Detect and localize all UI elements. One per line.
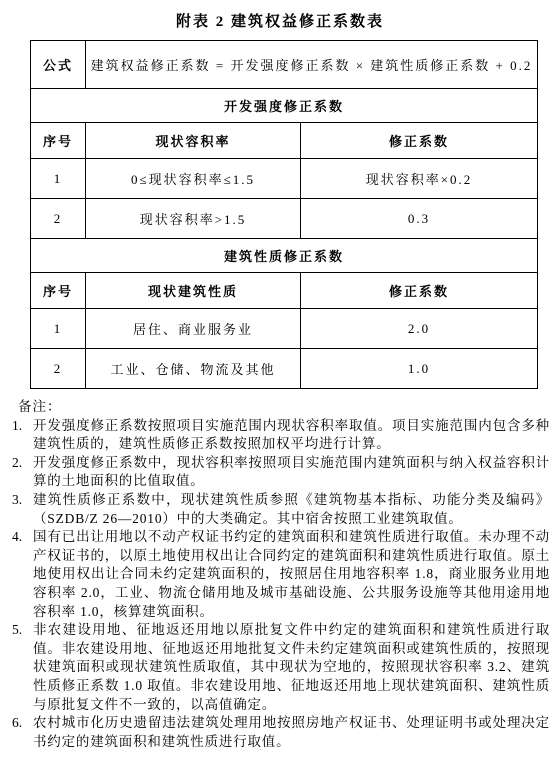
note-number: 2.	[12, 454, 33, 491]
note-number: 4.	[12, 528, 33, 621]
page: 附表 2 建筑权益修正系数表 公式 建筑权益修正系数 = 开发强度修正系数 × …	[0, 0, 560, 758]
note-text: 开发强度修正系数中，现状容积率按照项目实施范围内建筑面积与纳入权益容积计算的土地…	[33, 454, 550, 491]
note-number: 6.	[12, 714, 33, 751]
note-number: 5.	[12, 621, 33, 714]
header-plot-ratio: 现状容积率	[86, 123, 301, 159]
cell-seq: 2	[31, 199, 86, 239]
table-row: 1 居住、商业服务业 2.0	[31, 309, 538, 349]
page-title: 附表 2 建筑权益修正系数表	[0, 0, 560, 31]
cell-seq: 1	[31, 309, 86, 349]
formula-row: 公式 建筑权益修正系数 = 开发强度修正系数 × 建筑性质修正系数 + 0.2	[31, 41, 538, 89]
note-item-3: 3. 建筑性质修正系数中，现状建筑性质参照《建筑物基本指标、功能分类及编码》（S…	[12, 491, 550, 528]
note-number: 1.	[12, 417, 33, 454]
note-text: 国有已出让用地以不动产权证书约定的建筑面积和建筑性质进行取值。未办理不动产权证书…	[33, 528, 550, 621]
cell-condition: 居住、商业服务业	[86, 309, 301, 349]
section-title-row-development: 开发强度修正系数	[31, 89, 538, 123]
cell-coefficient: 0.3	[301, 199, 538, 239]
document-page: { "page": { "title": "附表 2 建筑权益修正系数表" },…	[0, 0, 560, 758]
header-coefficient: 修正系数	[301, 123, 538, 159]
formula-label-cell: 公式	[31, 41, 86, 89]
header-seq: 序号	[31, 273, 86, 309]
table-row: 2 现状容积率>1.5 0.3	[31, 199, 538, 239]
note-item-6: 6. 农村城市化历史遗留违法建筑处理用地按照房地产权证书、处理证明书或处理决定书…	[12, 714, 550, 751]
notes-label: 备注：	[18, 398, 550, 417]
note-text: 开发强度修正系数按照项目实施范围内现状容积率取值。项目实施范围内包含多种建筑性质…	[33, 417, 550, 454]
table-row: 2 工业、仓储、物流及其他 1.0	[31, 349, 538, 389]
column-header-row: 序号 现状建筑性质 修正系数	[31, 273, 538, 309]
cell-seq: 1	[31, 159, 86, 199]
note-text: 非农建设用地、征地返还用地以原批复文件中约定的建筑面积和建筑性质进行取值。非农建…	[33, 621, 550, 714]
coefficient-table: 公式 建筑权益修正系数 = 开发强度修正系数 × 建筑性质修正系数 + 0.2 …	[30, 40, 538, 389]
section-title-nature: 建筑性质修正系数	[31, 239, 538, 273]
note-text: 农村城市化历史遗留违法建筑处理用地按照房地产权证书、处理证明书或处理决定书约定的…	[33, 714, 550, 751]
formula-cell: 建筑权益修正系数 = 开发强度修正系数 × 建筑性质修正系数 + 0.2	[86, 41, 538, 89]
note-item-5: 5. 非农建设用地、征地返还用地以原批复文件中约定的建筑面积和建筑性质进行取值。…	[12, 621, 550, 714]
header-coefficient: 修正系数	[301, 273, 538, 309]
section-title-row-nature: 建筑性质修正系数	[31, 239, 538, 273]
note-text: 建筑性质修正系数中，现状建筑性质参照《建筑物基本指标、功能分类及编码》（SZDB…	[33, 491, 550, 528]
notes-section: 备注： 1. 开发强度修正系数按照项目实施范围内现状容积率取值。项目实施范围内包…	[12, 398, 550, 751]
cell-condition: 工业、仓储、物流及其他	[86, 349, 301, 389]
cell-coefficient: 2.0	[301, 309, 538, 349]
column-header-row: 序号 现状容积率 修正系数	[31, 123, 538, 159]
cell-condition: 0≤现状容积率≤1.5	[86, 159, 301, 199]
cell-coefficient: 现状容积率×0.2	[301, 159, 538, 199]
note-item-2: 2. 开发强度修正系数中，现状容积率按照项目实施范围内建筑面积与纳入权益容积计算…	[12, 454, 550, 491]
header-seq: 序号	[31, 123, 86, 159]
table-row: 1 0≤现状容积率≤1.5 现状容积率×0.2	[31, 159, 538, 199]
note-item-1: 1. 开发强度修正系数按照项目实施范围内现状容积率取值。项目实施范围内包含多种建…	[12, 417, 550, 454]
cell-condition: 现状容积率>1.5	[86, 199, 301, 239]
cell-coefficient: 1.0	[301, 349, 538, 389]
cell-seq: 2	[31, 349, 86, 389]
note-item-4: 4. 国有已出让用地以不动产权证书约定的建筑面积和建筑性质进行取值。未办理不动产…	[12, 528, 550, 621]
note-number: 3.	[12, 491, 33, 528]
header-building-nature: 现状建筑性质	[86, 273, 301, 309]
section-title-development: 开发强度修正系数	[31, 89, 538, 123]
